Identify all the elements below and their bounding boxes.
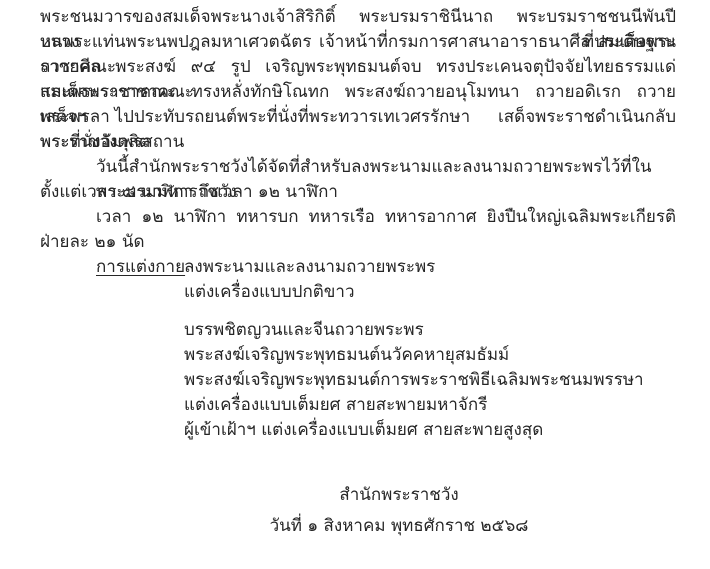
dress-code-entry: แต่งเครื่องแบบปกติขาว: [184, 280, 676, 305]
body-paragraph-1: พระชนมวารของสมเด็จพระนางเจ้าสิริกิติ์ พร…: [40, 5, 676, 155]
dress-code-section: การแต่งกายลงพระนามและลงนามถวายพระพร แต่ง…: [40, 255, 676, 443]
text-line: ถวายศีล พระสงฆ์ ๙๔ รูป เจริญพระพุทธมนต์จ…: [40, 55, 676, 80]
text-line: และพระราชาคณะ ทรงหลั่งทักษิโณทก พระสงฆ์ถ…: [40, 80, 676, 105]
body-paragraph-2: วันนี้สำนักพระราชวังได้จัดที่สำหรับลงพระ…: [40, 155, 676, 205]
dress-code-row: การแต่งกายลงพระนามและลงนามถวายพระพร: [96, 255, 676, 280]
document-page: พระชนมวารของสมเด็จพระนางเจ้าสิริกิติ์ พร…: [0, 0, 710, 569]
dress-code-entry: พระสงฆ์เจริญพระพุทธมนต์นวัคคหายุสมธัมม์: [184, 343, 676, 368]
dress-code-entry: บรรพชิตญวนและจีนถวายพระพร: [184, 318, 676, 343]
body-paragraph-3: เวลา ๑๒ นาฬิกา ทหารบก ทหารเรือ ทหารอากาศ…: [40, 205, 676, 255]
signature-organization: สำนักพระราชวัง: [122, 483, 676, 508]
dress-code-group-2: บรรพชิตญวนและจีนถวายพระพร พระสงฆ์เจริญพร…: [40, 318, 676, 443]
text-line: วันนี้สำนักพระราชวังได้จัดที่สำหรับลงพระ…: [40, 155, 676, 180]
dress-code-entry: แต่งเครื่องแบบเต็มยศ สายสะพายมหาจักรี: [184, 393, 676, 418]
text-line: บนพระแท่นพระนพปฎลมหาเศวตฉัตร เจ้าหน้าที่…: [40, 30, 676, 55]
dress-code-entry: พระสงฆ์เจริญพระพุทธมนต์การพระราชพิธีเฉลิ…: [184, 368, 676, 393]
text-line: พระชนมวารของสมเด็จพระนางเจ้าสิริกิติ์ พร…: [40, 5, 676, 30]
text-line: ตั้งแต่เวลา ๘ นาฬิกา ถึงเวลา ๑๒ นาฬิกา: [40, 180, 676, 205]
text-line: พระราชวังดุสิต: [40, 130, 676, 155]
dress-code-entry: ผู้เข้าเฝ้าฯ แต่งเครื่องแบบเต็มยศ สายสะพ…: [184, 418, 676, 443]
dress-code-heading: การแต่งกาย: [96, 255, 184, 280]
signature-date: วันที่ ๑ สิงหาคม พุทธศักราช ๒๕๖๘: [122, 514, 676, 539]
document-content: พระชนมวารของสมเด็จพระนางเจ้าสิริกิติ์ พร…: [0, 0, 710, 539]
text-line: เวลา ๑๒ นาฬิกา ทหารบก ทหารเรือ ทหารอากาศ…: [40, 205, 676, 230]
signature-block: สำนักพระราชวัง วันที่ ๑ สิงหาคม พุทธศักร…: [40, 483, 676, 539]
dress-code-entry: ลงพระนามและลงนามถวายพระพร: [184, 257, 435, 277]
text-line: ฝ่ายละ ๒๑ นัด: [40, 230, 676, 255]
text-line: เสด็จฯ ไปประทับรถยนต์พระที่นั่งที่พระทวา…: [40, 105, 676, 130]
